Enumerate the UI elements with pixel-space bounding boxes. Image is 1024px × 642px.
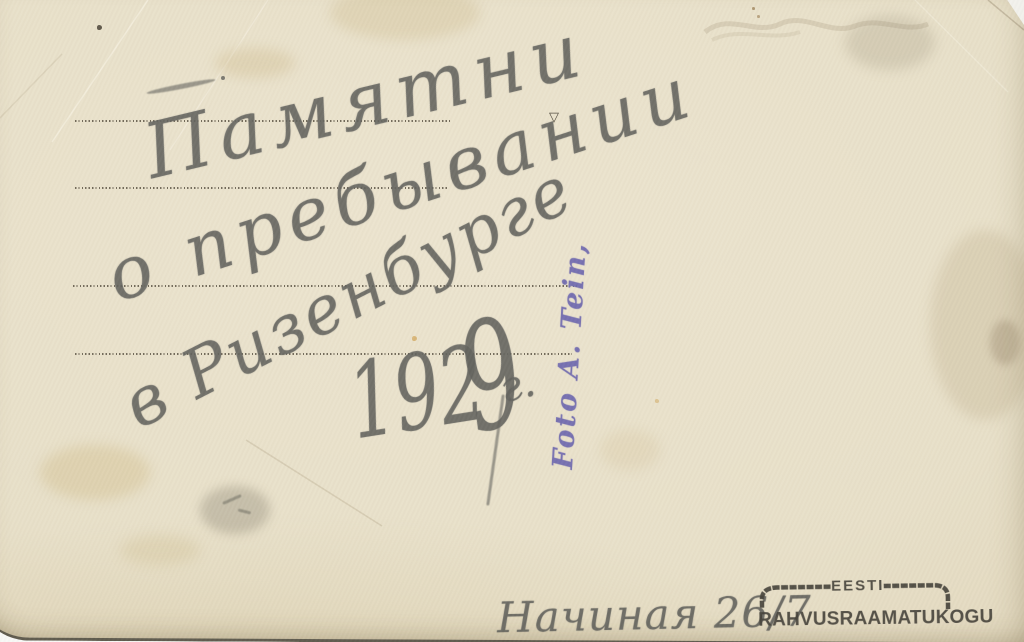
stain — [845, 15, 935, 70]
stain — [120, 535, 200, 565]
stain — [600, 430, 660, 470]
library-stamp-name-top: EESTI — [826, 577, 890, 595]
ink-speck — [97, 25, 102, 30]
speck — [752, 7, 755, 10]
speck — [757, 15, 760, 18]
stain — [990, 320, 1020, 365]
library-stamp: EESTI RAHVUSRAAMATUKOGU — [756, 572, 1009, 638]
scanned-postcard-back: ▽ Памятни о пребывании в Ризенбурге 192 … — [0, 0, 1024, 642]
stain — [200, 486, 270, 534]
speck — [655, 399, 659, 403]
pencil-overline-dot — [221, 76, 225, 80]
library-stamp-name-bottom: RAHVUSRAAMATUKOGU — [758, 606, 1006, 631]
stain — [40, 445, 150, 500]
